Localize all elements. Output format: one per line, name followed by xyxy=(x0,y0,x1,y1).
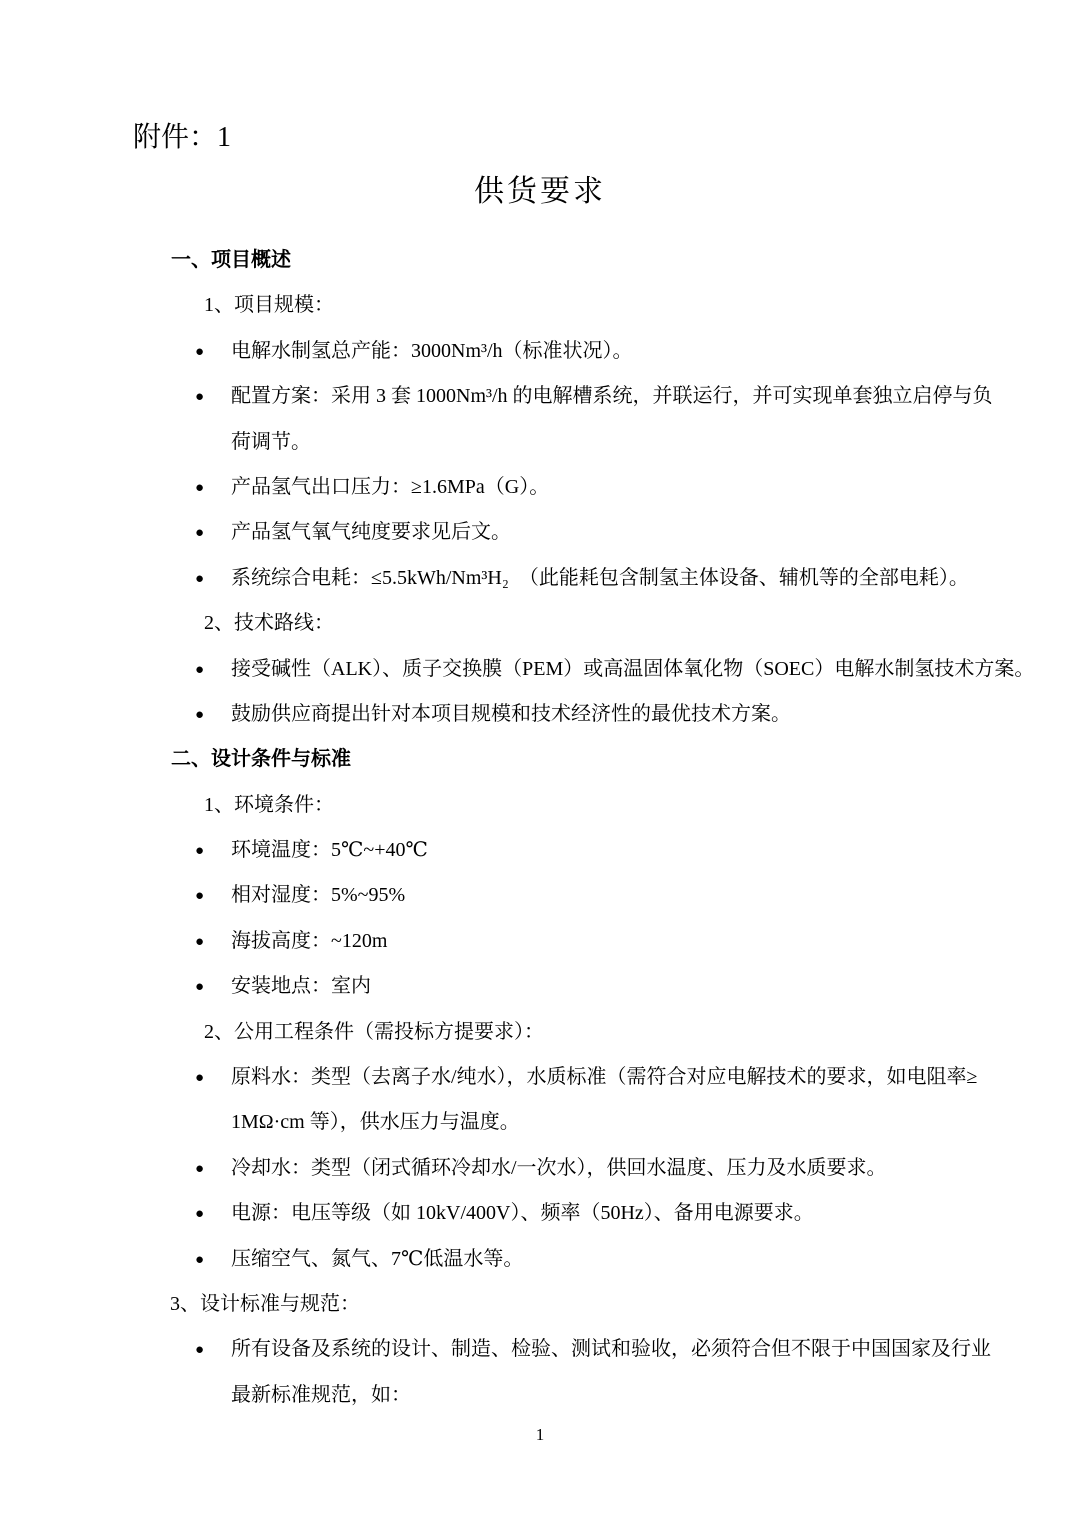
numbered-item: 3、设计标准与规范： xyxy=(0,1282,1080,1327)
page-number: 1 xyxy=(0,1420,1080,1450)
bullet-text: 产品氢气氧气纯度要求见后文。 xyxy=(231,521,511,543)
bullet-item: ●系统综合电耗：≤5.5kWh/Nm³H₂ （此能耗包含制氢主体设备、辅机等的全… xyxy=(0,556,1080,601)
bullet-text: 鼓励供应商提出针对本项目规模和技术经济性的最优技术方案。 xyxy=(231,703,791,725)
bullet-icon: ● xyxy=(195,330,231,375)
bullet-item: ●鼓励供应商提出针对本项目规模和技术经济性的最优技术方案。 xyxy=(0,692,1080,737)
bullet-text: 接受碱性（ALK）、质子交换膜（PEM）或高温固体氧化物（SOEC）电解水制氢技… xyxy=(231,658,1034,680)
bullet-item: ●配置方案：采用 3 套 1000Nm³/h 的电解槽系统，并联运行，并可实现单… xyxy=(0,374,1080,419)
bullet-text: 电解水制氢总产能：3000Nm³/h（标准状况）。 xyxy=(231,340,633,362)
bullet-item: ●产品氢气氧气纯度要求见后文。 xyxy=(0,510,1080,555)
continuation-line: 1MΩ·cm 等），供水压力与温度。 xyxy=(0,1100,1080,1145)
bullet-text: 环境温度：5℃~+40℃ xyxy=(231,839,428,861)
bullet-icon: ● xyxy=(195,1238,231,1283)
bullet-icon: ● xyxy=(195,965,231,1010)
bullet-item: ●相对湿度：5%~95% xyxy=(0,873,1080,918)
bullet-icon: ● xyxy=(195,1328,231,1373)
bullet-icon: ● xyxy=(195,829,231,874)
document-page: 附件：1 供货要求 一、项目概述 1、项目规模： ●电解水制氢总产能：3000N… xyxy=(0,0,1080,1528)
attachment-label: 附件：1 xyxy=(0,0,1080,158)
bullet-text: 冷却水：类型（闭式循环冷却水/一次水），供回水温度、压力及水质要求。 xyxy=(231,1157,887,1179)
bullet-icon: ● xyxy=(195,874,231,919)
bullet-item: ●电解水制氢总产能：3000Nm³/h（标准状况）。 xyxy=(0,329,1080,374)
bullet-icon: ● xyxy=(195,466,231,511)
document-body: 一、项目概述 1、项目规模： ●电解水制氢总产能：3000Nm³/h（标准状况）… xyxy=(0,238,1080,1418)
bullet-text: 海拔高度：~120m xyxy=(231,930,387,952)
numbered-item: 2、公用工程条件（需投标方提要求）： xyxy=(0,1010,1080,1055)
bullet-text: 系统综合电耗：≤5.5kWh/Nm³H₂ （此能耗包含制氢主体设备、辅机等的全部… xyxy=(231,567,969,589)
bullet-item: ●环境温度：5℃~+40℃ xyxy=(0,828,1080,873)
bullet-text: 安装地点：室内 xyxy=(231,975,371,997)
section-heading-2: 二、设计条件与标准 xyxy=(0,737,1080,782)
bullet-icon: ● xyxy=(195,693,231,738)
numbered-item: 1、环境条件： xyxy=(0,783,1080,828)
bullet-item: ●冷却水：类型（闭式循环冷却水/一次水），供回水温度、压力及水质要求。 xyxy=(0,1146,1080,1191)
bullet-text: 原料水：类型（去离子水/纯水），水质标准（需符合对应电解技术的要求，如电阻率≥ xyxy=(231,1066,978,1088)
continuation-line: 最新标准规范，如： xyxy=(0,1373,1080,1418)
bullet-text: 相对湿度：5%~95% xyxy=(231,884,405,906)
document-title: 供货要求 xyxy=(0,170,1080,214)
numbered-item: 1、项目规模： xyxy=(0,283,1080,328)
numbered-item: 2、技术路线： xyxy=(0,601,1080,646)
bullet-icon: ● xyxy=(195,920,231,965)
bullet-text: 所有设备及系统的设计、制造、检验、测试和验收，必须符合但不限于中国国家及行业 xyxy=(231,1338,991,1360)
bullet-item: ●压缩空气、氮气、7℃低温水等。 xyxy=(0,1237,1080,1282)
bullet-icon: ● xyxy=(195,557,231,602)
bullet-text: 配置方案：采用 3 套 1000Nm³/h 的电解槽系统，并联运行，并可实现单套… xyxy=(231,385,993,407)
bullet-item: ●所有设备及系统的设计、制造、检验、测试和验收，必须符合但不限于中国国家及行业 xyxy=(0,1327,1080,1372)
bullet-item: ●安装地点：室内 xyxy=(0,964,1080,1009)
bullet-icon: ● xyxy=(195,375,231,420)
section-heading-1: 一、项目概述 xyxy=(0,238,1080,283)
bullet-item: ●电源：电压等级（如 10kV/400V）、频率（50Hz）、备用电源要求。 xyxy=(0,1191,1080,1236)
bullet-icon: ● xyxy=(195,1192,231,1237)
bullet-item: ●原料水：类型（去离子水/纯水），水质标准（需符合对应电解技术的要求，如电阻率≥ xyxy=(0,1055,1080,1100)
bullet-icon: ● xyxy=(195,1056,231,1101)
continuation-line: 荷调节。 xyxy=(0,420,1080,465)
bullet-icon: ● xyxy=(195,648,231,693)
bullet-text: 压缩空气、氮气、7℃低温水等。 xyxy=(231,1248,523,1270)
bullet-icon: ● xyxy=(195,511,231,556)
bullet-text: 产品氢气出口压力：≥1.6MPa（G）。 xyxy=(231,476,549,498)
bullet-text: 电源：电压等级（如 10kV/400V）、频率（50Hz）、备用电源要求。 xyxy=(231,1202,814,1224)
bullet-item: ●海拔高度：~120m xyxy=(0,919,1080,964)
bullet-item: ●接受碱性（ALK）、质子交换膜（PEM）或高温固体氧化物（SOEC）电解水制氢… xyxy=(0,647,1080,692)
bullet-item: ●产品氢气出口压力：≥1.6MPa（G）。 xyxy=(0,465,1080,510)
bullet-icon: ● xyxy=(195,1147,231,1192)
